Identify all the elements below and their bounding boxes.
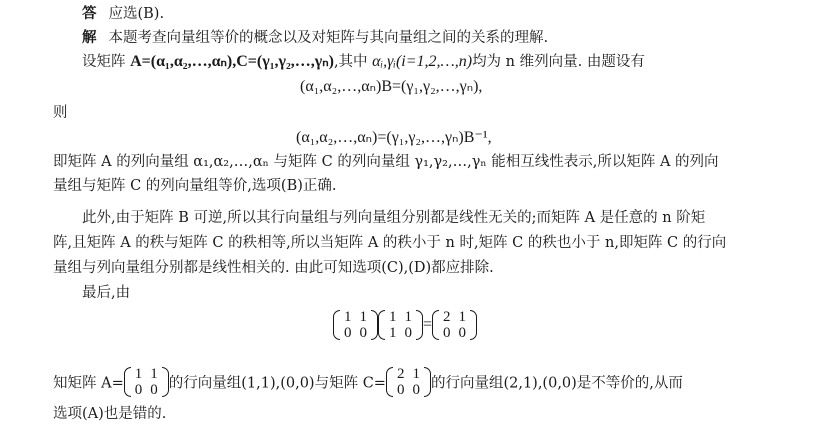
conclusion-line2: 选项(A)也是错的.	[53, 404, 166, 424]
text: 则	[53, 105, 68, 121]
text: 知矩阵 A=	[53, 376, 124, 392]
text: 最后,由	[82, 285, 130, 301]
text: 选项(A)也是错的.	[53, 406, 166, 422]
matrix-1: 11 00	[333, 309, 378, 341]
text: 均为 n 维列向量. 由题设有	[472, 54, 645, 70]
answer-line: 答应选(B).	[82, 4, 164, 24]
para2-line1: 即矩阵 A 的列向量组 α₁,α₂,…,αₙ 与矩阵 C 的列向量组 γ₁,γ₂…	[53, 152, 719, 172]
matrix-a-def: A=(α₁,α₂,…,αₙ),	[130, 53, 236, 70]
solution-text: 本题考查向量组等价的概念以及对矩阵与其向量组之间的关系的理解.	[109, 30, 549, 46]
matrix-3: 21 00	[432, 309, 477, 341]
solution-label: 解	[82, 29, 97, 46]
conclusion-line1: 知矩阵 A= 11 00的行向量组(1,1),(0,0)与矩阵 C= 21 00…	[53, 366, 683, 398]
para3-line1: 此外,由于矩阵 B 可逆,所以其行向量组与列向量组分别都是线性无关的;而矩阵 A…	[82, 208, 705, 228]
solution-line: 解本题考查向量组等价的概念以及对矩阵与其向量组之间的关系的理解.	[82, 28, 548, 48]
para1: 设矩阵 A=(α₁,α₂,…,αₙ),C=(γ₁,γ₂,…,γₙ),其中 αᵢ,…	[82, 52, 645, 72]
equation-2: (α₁,α₂,…,αₙ)=(γ₁,γ₂,…,γₙ)B⁻¹,	[296, 128, 492, 148]
para3-line2: 阵,且矩阵 A 的秩与矩阵 C 的秩相等,所以当矩阵 A 的秩小于 n 时,矩阵…	[53, 233, 726, 253]
answer-label: 答	[82, 5, 97, 22]
equation-text: (α₁,α₂,…,αₙ)=(γ₁,γ₂,…,γₙ)B⁻¹,	[296, 129, 492, 146]
text: 量组与矩阵 C 的列向量组等价,选项(B)正确.	[53, 178, 337, 194]
text: 量组与列向量组分别都是线性相关的. 由此可知选项(C),(D)都应排除.	[53, 260, 494, 276]
equation-1: (α₁,α₂,…,αₙ)B=(γ₁,γ₂,…,γₙ),	[300, 77, 482, 97]
matrix-a: 11 00	[124, 366, 169, 398]
text: 即矩阵 A 的列向量组 α₁,α₂,…,αₙ 与矩阵 C 的列向量组 γ₁,γ₂…	[53, 154, 719, 170]
matrix-2: 11 10	[378, 309, 423, 341]
text: 设矩阵	[82, 54, 130, 70]
matrix-equation: 11 00 11 10= 21 00	[333, 309, 477, 341]
matrix-c: 21 00	[386, 366, 431, 398]
para3-line3: 量组与列向量组分别都是线性相关的. 由此可知选项(C),(D)都应排除.	[53, 258, 494, 278]
text: 此外,由于矩阵 B 可逆,所以其行向量组与列向量组分别都是线性无关的;而矩阵 A…	[82, 210, 705, 226]
finally-line: 最后,由	[82, 283, 130, 303]
text: 的行向量组(2,1),(0,0)是不等价的,从而	[431, 376, 683, 392]
text: ,其中	[334, 54, 372, 70]
text: 阵,且矩阵 A 的秩与矩阵 C 的秩相等,所以当矩阵 A 的秩小于 n 时,矩阵…	[53, 235, 726, 251]
then-line: 则	[53, 103, 68, 123]
answer-text: 应选(B).	[109, 6, 165, 22]
equation-text: (α₁,α₂,…,αₙ)B=(γ₁,γ₂,…,γₙ),	[300, 78, 482, 95]
text: 的行向量组(1,1),(0,0)与矩阵 C=	[169, 376, 386, 392]
para2-line2: 量组与矩阵 C 的列向量组等价,选项(B)正确.	[53, 176, 337, 196]
equals-sign: =	[423, 316, 432, 333]
matrix-c-def: C=(γ₁,γ₂,…,γₙ)	[236, 53, 334, 70]
vectors: αᵢ,γᵢ(i=1,2,…,n)	[372, 53, 472, 70]
